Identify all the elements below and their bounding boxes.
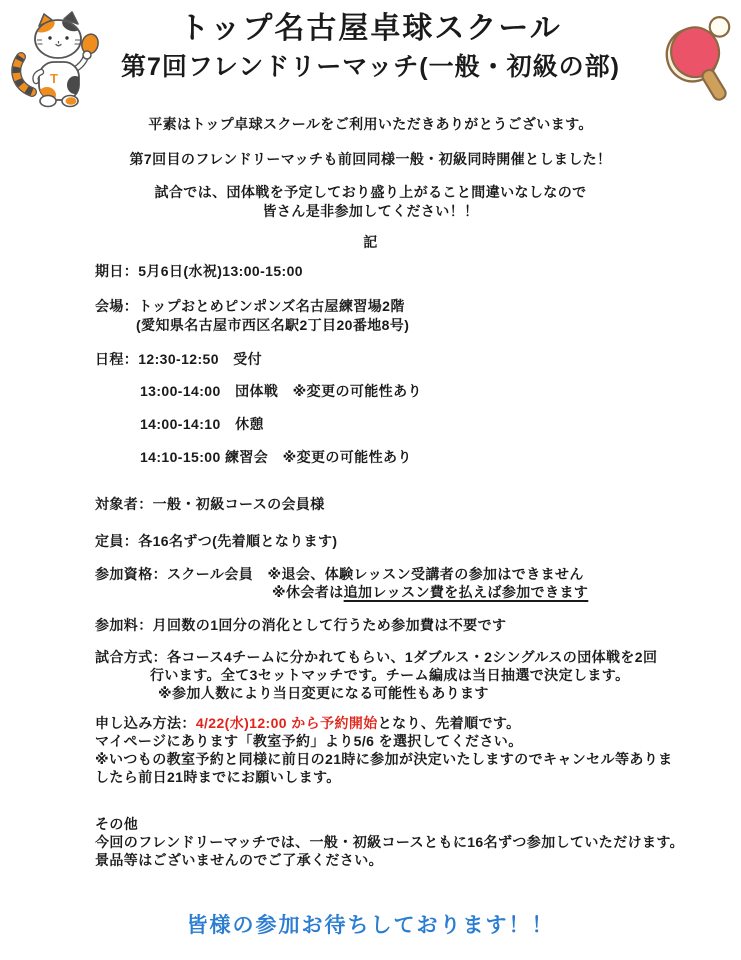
target-line: 対象者：一般・初級コースの会員様 — [95, 495, 325, 513]
ki-marker: 記 — [0, 233, 741, 251]
apply-line-1: 申し込み方法：4/22(水)12:00 から予約開始となり、先着順です。 — [95, 714, 521, 732]
apply-line-2: マイページにあります「教室予約」より5/6 を選択してください。 — [95, 732, 523, 750]
schedule-item-practice: 14:10-15:00 練習会 ※変更の可能性あり — [140, 448, 412, 466]
fee-line: 参加料：月回数の1回分の消化として行うため参加費は不要です — [95, 616, 506, 634]
venue-address: (愛知県名古屋市西区名駅2丁目20番地8号) — [136, 316, 409, 334]
format-line-2: 行います。全て3セットマッチです。チーム編成は当日抽選で決定します。 — [150, 666, 629, 684]
closing-message: 皆様の参加お待ちしております！！ — [0, 917, 741, 935]
other-line-1: 今回のフレンドリーマッチでは、一般・初級コースともに16名ずつ参加していただけま… — [95, 833, 684, 851]
other-line-2: 景品等はございませんのでご了承ください。 — [95, 851, 383, 869]
apply-line-4: したら前日21時までにお願いします。 — [95, 768, 341, 786]
apply-label: 申し込み方法： — [95, 715, 196, 731]
apply-line-3: ※いつもの教室予約と同様に前日の21時に参加が決定いたしますのでキャンセル等あり… — [95, 750, 673, 768]
capacity-line: 定員：各16名ずつ(先着順となります) — [95, 532, 338, 550]
flyer-page: T トップ名古屋卓球スクール 第7回フレンドリーマッチ(一般・初級の部) — [0, 0, 741, 960]
intro-announce: 第7回目のフレンドリーマッチも前回同様一般・初級同時開催としました！ — [0, 150, 741, 168]
venue-line: 会場：トップおとめピンポンズ名古屋練習場2階 — [95, 297, 405, 315]
intro-greeting: 平素はトップ卓球スクールをご利用いただきありがとうございます。 — [0, 115, 741, 133]
format-line-3: ※参加人数により当日変更になる可能性もあります — [158, 684, 489, 702]
apply-deadline-highlight: 4/22(水)12:00 から予約開始 — [196, 715, 378, 731]
schedule-item-break: 14:00-14:10 休憩 — [140, 415, 264, 433]
intro-pitch-2: 皆さん是非参加してください！！ — [0, 202, 741, 220]
apply-suffix: となり、先着順です。 — [378, 715, 521, 731]
schedule-head: 日程：12:30-12:50 受付 — [95, 350, 262, 368]
date-line: 期日：5月6日(水祝)13:00-15:00 — [95, 262, 303, 280]
other-heading: その他 — [95, 815, 138, 833]
eligibility-note: ※休会者は追加レッスン費を払えば参加できます — [272, 583, 588, 601]
intro-pitch-1: 試合では、団体戦を予定しており盛り上がること間違いなしなので — [0, 183, 741, 201]
page-title: トップ名古屋卓球スクール — [0, 20, 741, 38]
eligibility-note-prefix: ※休会者は — [272, 584, 344, 600]
eligibility-note-underlined: 追加レッスン費を払えば参加できます — [344, 584, 589, 600]
schedule-item-match: 13:00-14:00 団体戦 ※変更の可能性あり — [140, 382, 422, 400]
page-subtitle: 第7回フレンドリーマッチ(一般・初級の部) — [0, 58, 741, 76]
format-line-1: 試合方式：各コース4チームに分かれてもらい、1ダブルス・2シングルスの団体戦を2… — [95, 648, 657, 666]
eligibility-line: 参加資格：スクール会員 ※退会、体験レッスン受講者の参加はできません — [95, 565, 584, 583]
